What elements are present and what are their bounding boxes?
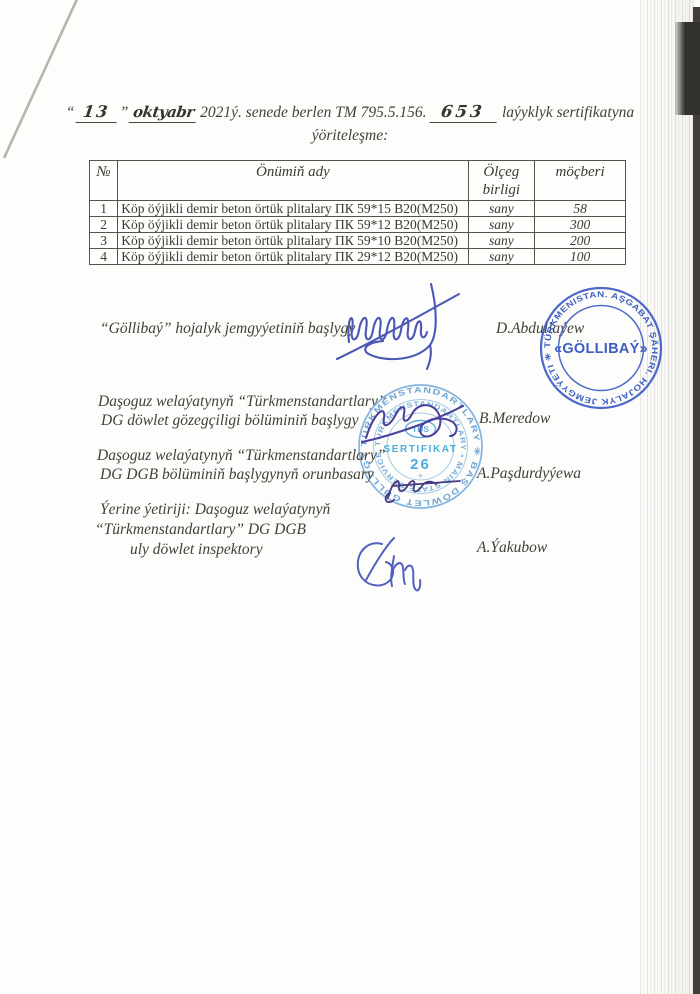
table-row: 1 Köp öýjikli demir beton örtük plitalar… — [90, 201, 626, 217]
svg-text:TURKMENSTANDARTLARY • MAIN STA: TURKMENSTANDARTLARY • MAIN STATE SERVICE — [375, 401, 466, 492]
product-name: Köp öýjikli demir beton örtük plitalary … — [118, 233, 468, 249]
signatory-name-abdullayew: D.Abdullaýew — [496, 320, 584, 338]
signatory-name-yakubow: A.Ýakubow — [477, 539, 547, 557]
product-name: Köp öýjikli demir beton örtük plitalary … — [118, 249, 468, 265]
product-name: Köp öýjikli demir beton örtük plitalary … — [118, 201, 468, 217]
header-product-name: Önümiň ady — [118, 161, 468, 201]
signatory-name-meredow: B.Meredow — [479, 410, 550, 428]
scanned-document-page: “13”oktyabr2021ý. senede berlen TM 795.5… — [0, 0, 700, 994]
table-row: 4 Köp öýjikli demir beton örtük plitalar… — [90, 249, 626, 265]
unit-value: sany — [468, 217, 535, 233]
product-name: Köp öýjikli demir beton örtük plitalary … — [118, 217, 468, 233]
handwritten-certificate-number: 653 — [429, 102, 499, 123]
signature-pashdurdyyewa-icon — [380, 468, 468, 504]
quote-close: ” — [120, 104, 129, 121]
header-quantity: möçberi — [535, 161, 626, 201]
executor-line2: “Türkmenstandartlary” DG DGB — [95, 521, 306, 539]
scan-edge-dark-strip — [693, 7, 700, 994]
row-number: 3 — [90, 233, 118, 249]
scan-edge-texture — [640, 0, 695, 994]
header-number: № — [90, 161, 118, 201]
header-mid-text: 2021ý. senede berlen TM 795.5.156. — [200, 104, 426, 121]
tds-logo-text: TDS — [412, 424, 429, 434]
tds-logo-oval — [406, 421, 436, 438]
handwritten-month: oktyabr — [129, 103, 198, 123]
executor-line1: Ýerine ýetiriji: Daşoguz welaýatynyň — [100, 501, 330, 519]
header-tail-text: laýyklyk sertifikatyna — [502, 104, 634, 121]
row-number: 4 — [90, 249, 118, 265]
signatory-title-meredow-line1: Daşoguz welaýatynyň “Türkmenstandartlary… — [98, 393, 386, 411]
unit-value: sany — [468, 233, 535, 249]
stamp-inner-ring-text: TURKMENSTANDARTLARY • MAIN STATE SERVICE — [375, 401, 466, 492]
signatory-title-gollibay-chairman: “Göllibaý” hojalyk jemgyýetiniň başlygy — [100, 320, 355, 338]
signatory-name-pashdurdyyewa: A.Paşdurdyýewa — [477, 465, 581, 483]
table-row: 3 Köp öýjikli demir beton örtük plitalar… — [90, 233, 626, 249]
quote-open: “ — [66, 104, 75, 121]
stamp-number: 26 — [410, 456, 431, 473]
executor-line3: uly döwlet inspektory — [130, 541, 263, 559]
header-unit: Ölçeg birligi — [468, 161, 535, 201]
quantity-value: 58 — [535, 201, 626, 217]
signatory-title-meredow-line2: DG döwlet gözegçiligi bölüminiň başlygy — [101, 412, 358, 430]
stamp-sertifikat-label: SERTIFIKAT — [383, 444, 457, 455]
stamp-bottom-star: ✳ — [418, 473, 423, 480]
products-table: № Önümiň ady Ölçeg birligi möçberi 1 Köp… — [89, 160, 626, 265]
unit-value: sany — [468, 201, 535, 217]
signatory-title-pashdurdyyewa-line1: Daşoguz welaýatynyň “Türkmenstandartlary… — [97, 447, 385, 465]
document-header-line: “13”oktyabr2021ý. senede berlen TM 795.5… — [0, 102, 700, 123]
row-number: 2 — [90, 217, 118, 233]
stamp-inner-circle — [387, 413, 454, 480]
table-header-row: № Önümiň ady Ölçeg birligi möçberi — [90, 161, 626, 201]
quantity-value: 200 — [535, 233, 626, 249]
quantity-value: 300 — [535, 217, 626, 233]
stamp-inner-circle — [559, 306, 644, 391]
stamp-middle-circle — [374, 400, 468, 494]
unit-value: sany — [468, 249, 535, 265]
signature-yakubow-icon — [348, 532, 426, 598]
quantity-value: 100 — [535, 249, 626, 265]
handwritten-day: 13 — [75, 102, 119, 123]
table-row: 2 Köp öýjikli demir beton örtük plitalar… — [90, 217, 626, 233]
stamp-center-text: «GÖLLIBAÝ» — [554, 339, 648, 357]
row-number: 1 — [90, 201, 118, 217]
signatory-title-pashdurdyyewa-line2: DG DGB bölüminiň başlygynyň orunbasary — [100, 466, 374, 484]
document-subtitle: ýöriteleşme: — [0, 127, 700, 145]
